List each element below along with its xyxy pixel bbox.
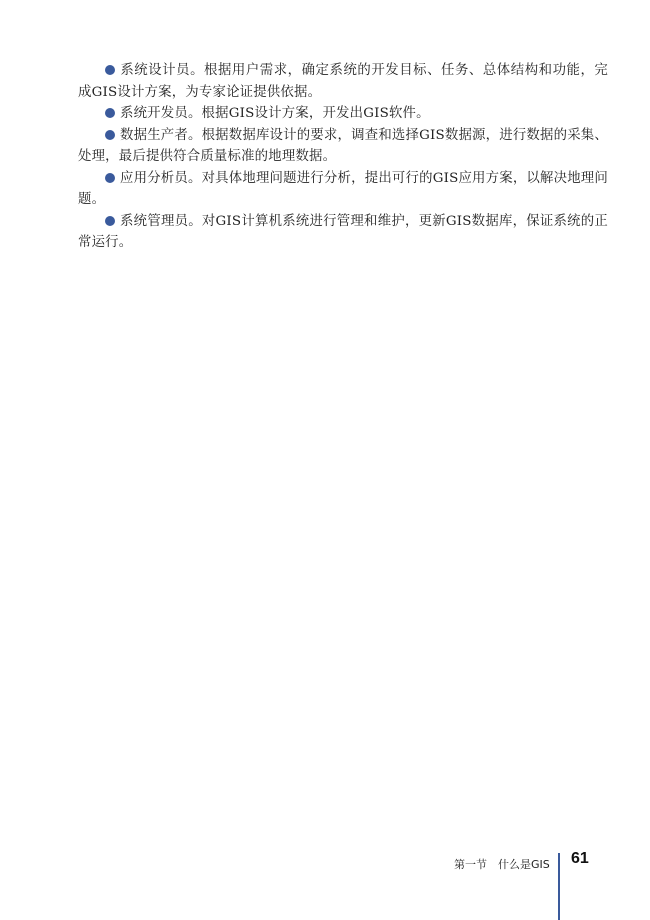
bullet-icon (105, 108, 115, 118)
bullet-icon (105, 173, 115, 183)
bullet-icon (105, 65, 115, 75)
list-item: 数据生产者。根据数据库设计的要求，调查和选择GIS数据源，进行数据的采集、处理，… (78, 125, 608, 168)
running-footer: 第一节 什么是GIS (454, 856, 550, 872)
list-item: 系统设计员。根据用户需求，确定系统的开发目标、任务、总体结构和功能，完成GIS设… (78, 60, 608, 103)
list-item: 应用分析员。对具体地理问题进行分析，提出可行的GIS应用方案，以解决地理问题。 (78, 168, 608, 211)
body-text: 系统设计员。根据用户需求，确定系统的开发目标、任务、总体结构和功能，完成GIS设… (78, 60, 608, 254)
bullet-icon (105, 130, 115, 140)
list-item: 系统管理员。对GIS计算机系统进行管理和维护，更新GIS数据库，保证系统的正常运… (78, 211, 608, 254)
page-number: 61 (571, 850, 589, 868)
bullet-icon (105, 216, 115, 226)
footer-divider (558, 853, 560, 920)
list-item: 系统开发员。根据GIS设计方案，开发出GIS软件。 (78, 103, 608, 125)
